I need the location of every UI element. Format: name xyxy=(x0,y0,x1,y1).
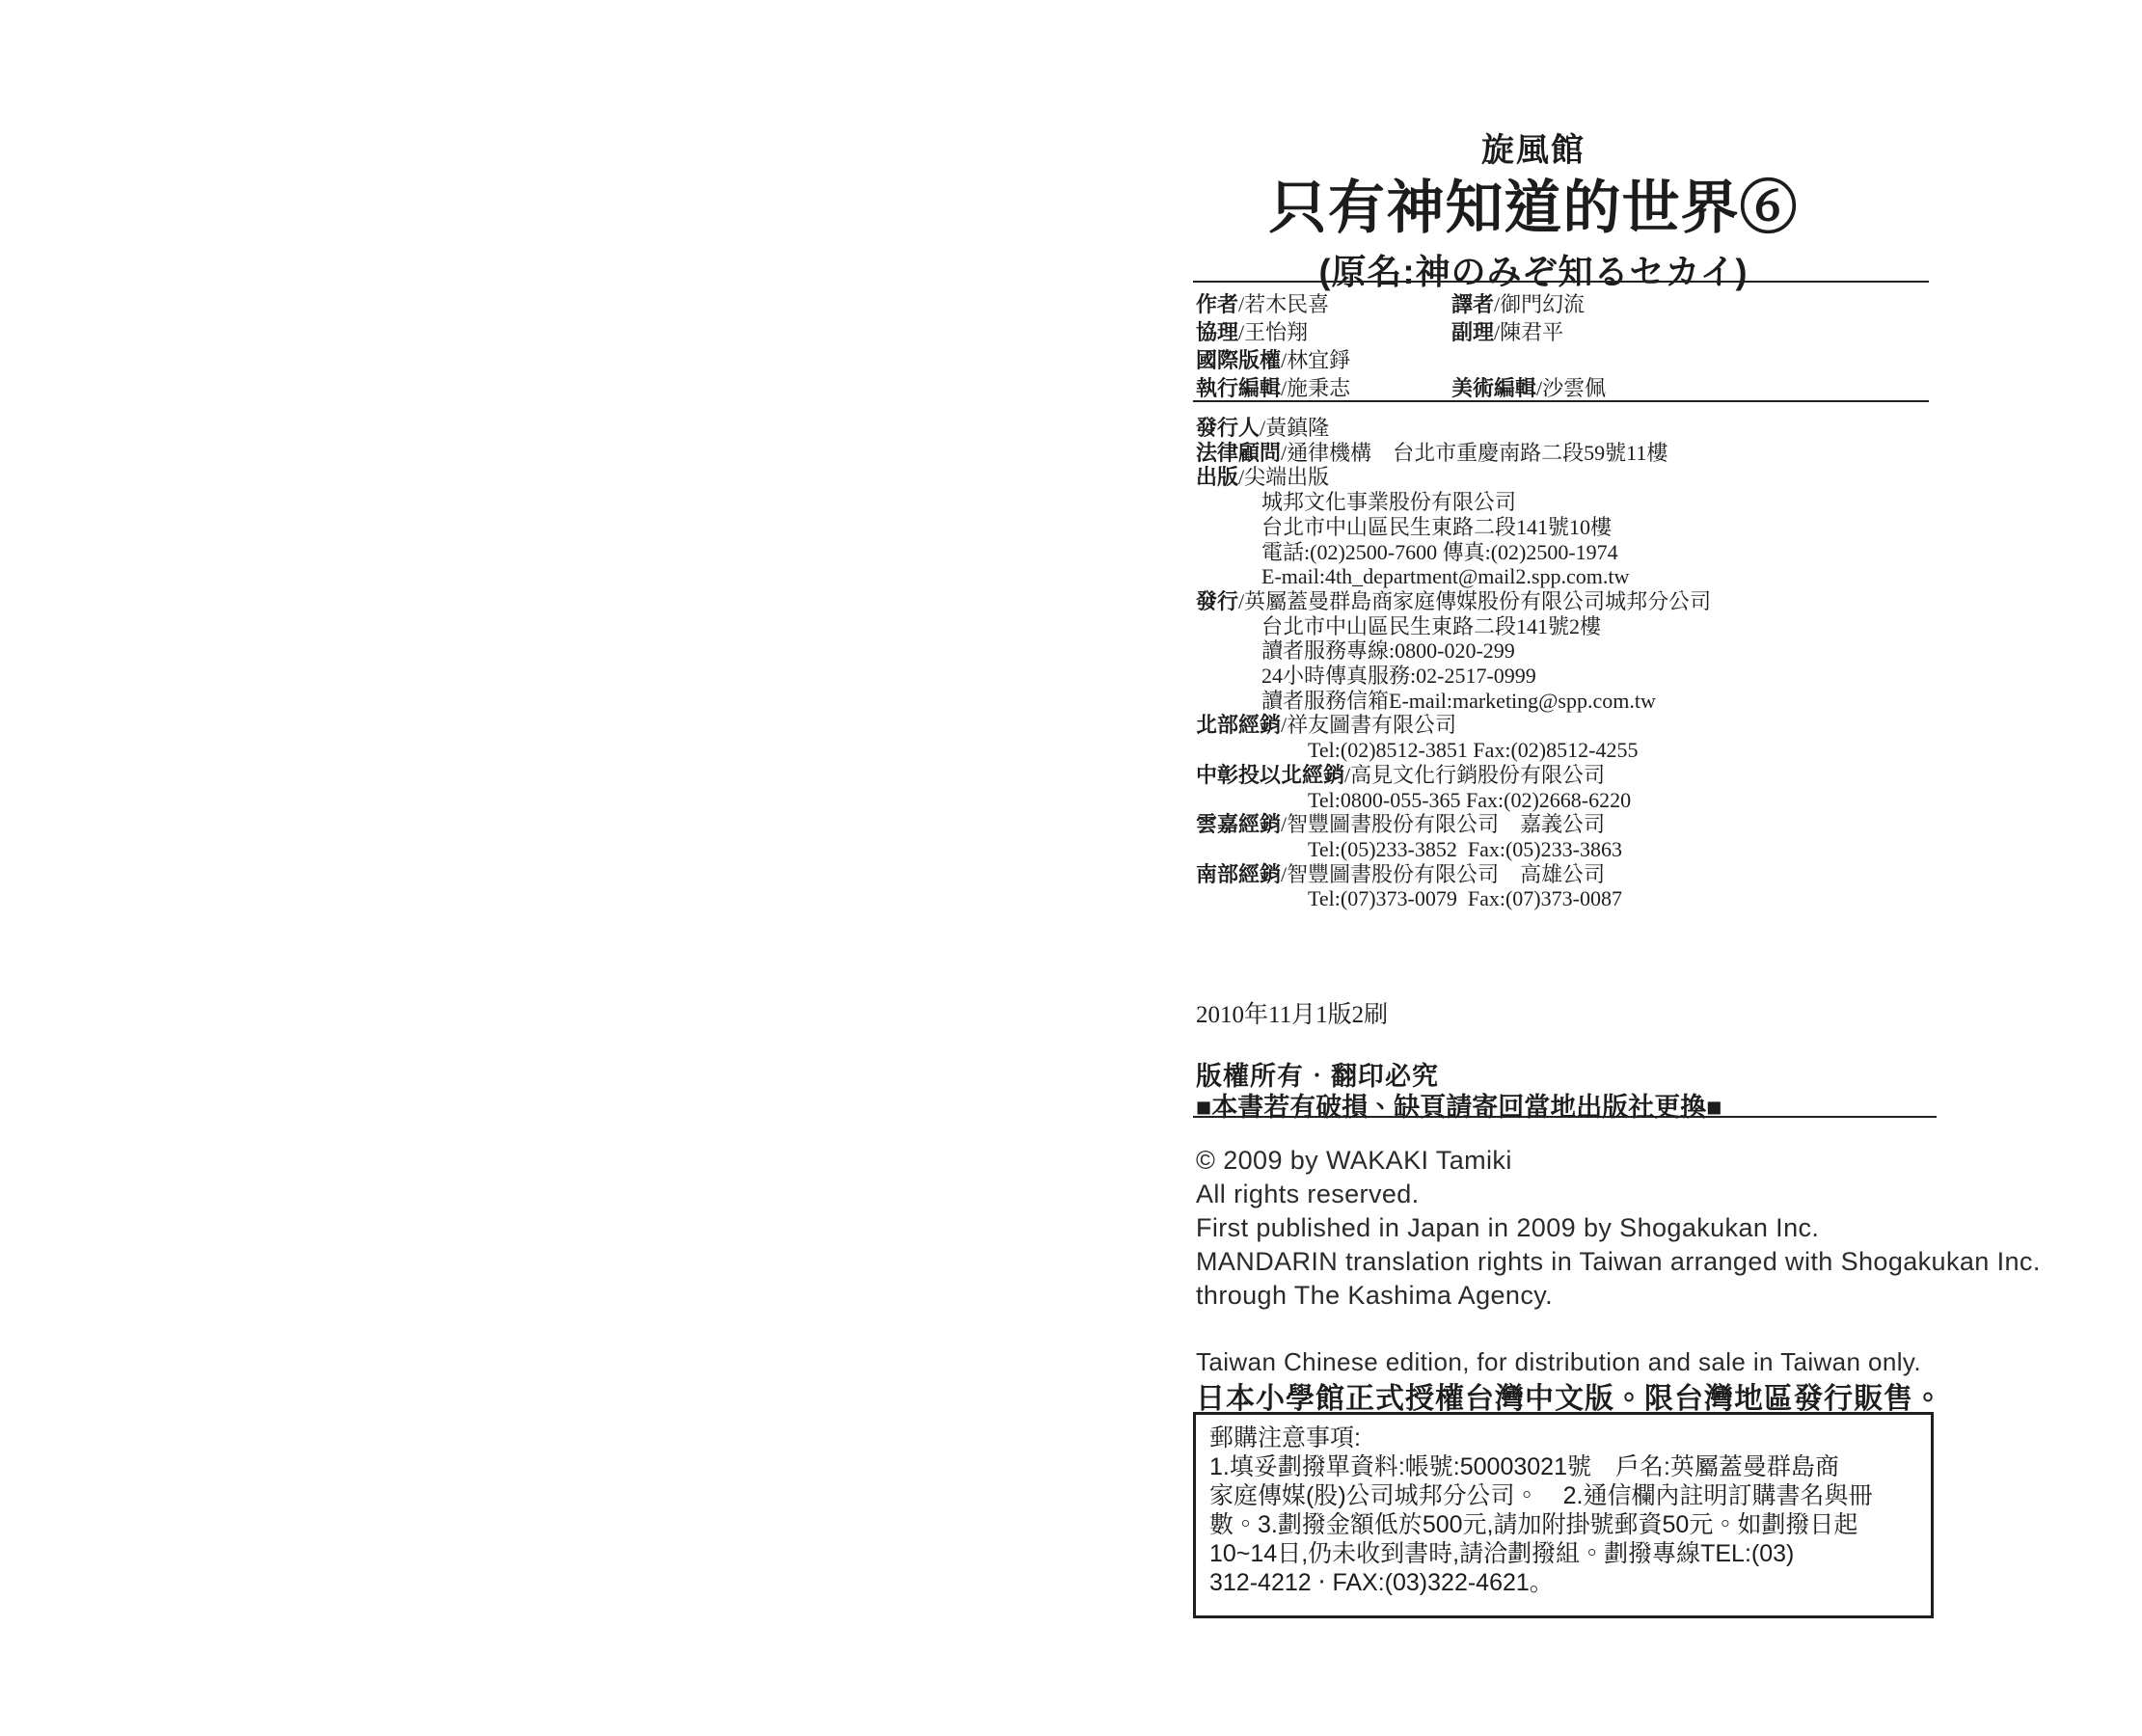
publication-label: 出版 xyxy=(1196,465,1238,489)
publication-value: 祥友圖書有限公司 xyxy=(1287,713,1456,737)
credit-person-name: 王怡翔 xyxy=(1244,320,1308,344)
mail-order-line: 數。3.劃撥金額低於500元,請加附掛號郵資50元。如劃撥日起 xyxy=(1209,1510,1917,1539)
printing-info: 2010年11月1版2刷 xyxy=(1196,995,1388,1030)
english-copyright-line: First published in Japan in 2009 by Shog… xyxy=(1196,1211,2064,1245)
publication-entry: 發行人/黃鎮隆 xyxy=(1196,416,1958,441)
credit-cell-left: 國際版權/林宜錚 xyxy=(1196,346,1451,374)
credit-cell-right: 副理/陳君平 xyxy=(1451,318,1563,346)
english-copyright-line: MANDARIN translation rights in Taiwan ar… xyxy=(1196,1245,2064,1279)
credit-person-name: 沙雲佩 xyxy=(1542,376,1606,400)
divider-notices-bottom xyxy=(1193,1116,1937,1118)
publication-subline: E-mail:4th_department@mail2.spp.com.tw xyxy=(1196,564,1958,589)
publication-label: 法律顧問 xyxy=(1196,441,1281,465)
credit-person-name: 林宜錚 xyxy=(1287,348,1350,372)
publication-value: 尖端出版 xyxy=(1244,465,1329,489)
publication-subline: Tel:(07)373-0079 Fax:(07)373-0087 xyxy=(1196,886,1958,911)
credit-row: 執行編輯/施秉志美術編輯/沙雲佩 xyxy=(1196,374,1935,402)
credit-row: 國際版權/林宜錚 xyxy=(1196,346,1935,374)
publication-label: 南部經銷 xyxy=(1196,862,1281,886)
credit-row: 協理/王怡翔副理/陳君平 xyxy=(1196,318,1935,346)
publication-label: 北部經銷 xyxy=(1196,713,1281,737)
publication-subline: 台北市中山區民生東路二段141號10樓 xyxy=(1196,515,1958,540)
publication-section: 發行人/黃鎮隆法律顧問/通律機構 台北市重慶南路二段59號11樓出版/尖端出版城… xyxy=(1196,416,1958,911)
publication-value: 英屬蓋曼群島商家庭傳媒股份有限公司城邦分公司 xyxy=(1244,589,1711,613)
english-copyright-line: © 2009 by WAKAKI Tamiki xyxy=(1196,1144,2064,1178)
credit-role-label: 副理 xyxy=(1451,320,1494,344)
publication-subline: Tel:(05)233-3852 Fax:(05)233-3863 xyxy=(1196,837,1958,862)
title-block: 旋風館 只有神知道的世界⑥ (原名:神のみぞ知るセカイ) xyxy=(1148,123,1919,294)
credit-person-name: 施秉志 xyxy=(1287,376,1350,400)
credit-row: 作者/若木民喜譯者/御門幻流 xyxy=(1196,290,1935,318)
mail-order-line: 312-4212 ‧ FAX:(03)322-4621。 xyxy=(1209,1568,1917,1597)
publication-label: 發行 xyxy=(1196,589,1238,613)
book-title: 只有神知道的世界⑥ xyxy=(1148,175,1919,241)
credit-role-label: 國際版權 xyxy=(1196,348,1281,372)
publication-subline: 電話:(02)2500-7600 傳真:(02)2500-1974 xyxy=(1196,540,1958,565)
publication-entry: 法律顧問/通律機構 台北市重慶南路二段59號11樓 xyxy=(1196,441,1958,466)
credit-cell-left: 作者/若木民喜 xyxy=(1196,290,1451,318)
credit-person-name: 若木民喜 xyxy=(1244,292,1329,316)
publication-entry: 南部經銷/智豐圖書股份有限公司 高雄公司 xyxy=(1196,862,1958,887)
divider-top xyxy=(1193,281,1929,283)
original-title: (原名:神のみぞ知るセカイ) xyxy=(1148,245,1919,294)
publication-label: 雲嘉經銷 xyxy=(1196,812,1281,836)
publication-entry: 發行/英屬蓋曼群島商家庭傳媒股份有限公司城邦分公司 xyxy=(1196,589,1958,614)
publication-entry: 北部經銷/祥友圖書有限公司 xyxy=(1196,713,1958,738)
credit-role-label: 譯者 xyxy=(1451,292,1494,316)
credit-cell-left: 協理/王怡翔 xyxy=(1196,318,1451,346)
publication-entry: 出版/尖端出版 xyxy=(1196,465,1958,490)
publication-subline: 城邦文化事業股份有限公司 xyxy=(1196,490,1958,515)
credit-role-label: 美術編輯 xyxy=(1451,376,1536,400)
damage-notice: ■本書若有破損、缺頁請寄回當地出版社更換■ xyxy=(1196,1086,1722,1124)
publication-subline: 24小時傳真服務:02-2517-0999 xyxy=(1196,664,1958,689)
publication-entry: 中彰投以北經銷/高見文化行銷股份有限公司 xyxy=(1196,763,1958,788)
credit-person-name: 御門幻流 xyxy=(1500,292,1585,316)
publication-subline: 讀者服務專線:0800-020-299 xyxy=(1196,638,1958,664)
publication-value: 通律機構 台北市重慶南路二段59號11樓 xyxy=(1287,441,1668,465)
publication-value: 智豐圖書股份有限公司 嘉義公司 xyxy=(1287,812,1605,836)
publication-subline: Tel:0800-055-365 Fax:(02)2668-6220 xyxy=(1196,788,1958,813)
publication-subline: 台北市中山區民生東路二段141號2樓 xyxy=(1196,614,1958,639)
english-copyright-line: through The Kashima Agency. xyxy=(1196,1279,2064,1313)
credit-role-label: 協理 xyxy=(1196,320,1238,344)
taiwan-edition-notice-en: Taiwan Chinese edition, for distribution… xyxy=(1196,1347,1921,1377)
mail-order-line: 1.填妥劃撥單資料:帳號:50003021號 戶名:英屬蓋曼群島商 xyxy=(1209,1452,1917,1481)
mail-order-heading: 郵購注意事項: xyxy=(1209,1424,1917,1452)
publication-label: 發行人 xyxy=(1196,416,1260,440)
publication-value: 高見文化行銷股份有限公司 xyxy=(1350,763,1605,787)
publication-label: 中彰投以北經銷 xyxy=(1196,763,1344,787)
publication-value: 智豐圖書股份有限公司 高雄公司 xyxy=(1287,862,1605,886)
publication-subline: 讀者服務信箱E-mail:marketing@spp.com.tw xyxy=(1196,689,1958,714)
mail-order-line: 10~14日,仍未收到書時,請洽劃撥組。劃撥專線TEL:(03) xyxy=(1209,1539,1917,1568)
divider-credits-bottom xyxy=(1193,400,1929,402)
credit-cell-left: 執行編輯/施秉志 xyxy=(1196,374,1451,402)
mail-order-line: 家庭傳媒(股)公司城邦分公司。 2.通信欄內註明訂購書名與冊 xyxy=(1209,1481,1917,1510)
english-copyright-line: All rights reserved. xyxy=(1196,1178,2064,1211)
credits-section: 作者/若木民喜譯者/御門幻流協理/王怡翔副理/陳君平國際版權/林宜錚執行編輯/施… xyxy=(1196,290,1935,402)
english-copyright-block: © 2009 by WAKAKI TamikiAll rights reserv… xyxy=(1196,1144,2064,1313)
credit-cell-right: 譯者/御門幻流 xyxy=(1451,290,1585,318)
credit-person-name: 陳君平 xyxy=(1500,320,1563,344)
publication-entry: 雲嘉經銷/智豐圖書股份有限公司 嘉義公司 xyxy=(1196,812,1958,837)
credit-cell-right: 美術編輯/沙雲佩 xyxy=(1451,374,1606,402)
credit-role-label: 執行編輯 xyxy=(1196,376,1281,400)
mail-order-body: 1.填妥劃撥單資料:帳號:50003021號 戶名:英屬蓋曼群島商家庭傳媒(股)… xyxy=(1209,1452,1917,1597)
publication-value: 黃鎮隆 xyxy=(1265,416,1329,440)
imprint-name: 旋風館 xyxy=(1148,123,1919,171)
publication-subline: Tel:(02)8512-3851 Fax:(02)8512-4255 xyxy=(1196,738,1958,763)
mail-order-box: 郵購注意事項: 1.填妥劃撥單資料:帳號:50003021號 戶名:英屬蓋曼群島… xyxy=(1193,1412,1934,1618)
taiwan-edition-notice-cn: 日本小學館正式授權台灣中文版。限台灣地區發行販售。 xyxy=(1196,1374,1943,1417)
credit-role-label: 作者 xyxy=(1196,292,1238,316)
